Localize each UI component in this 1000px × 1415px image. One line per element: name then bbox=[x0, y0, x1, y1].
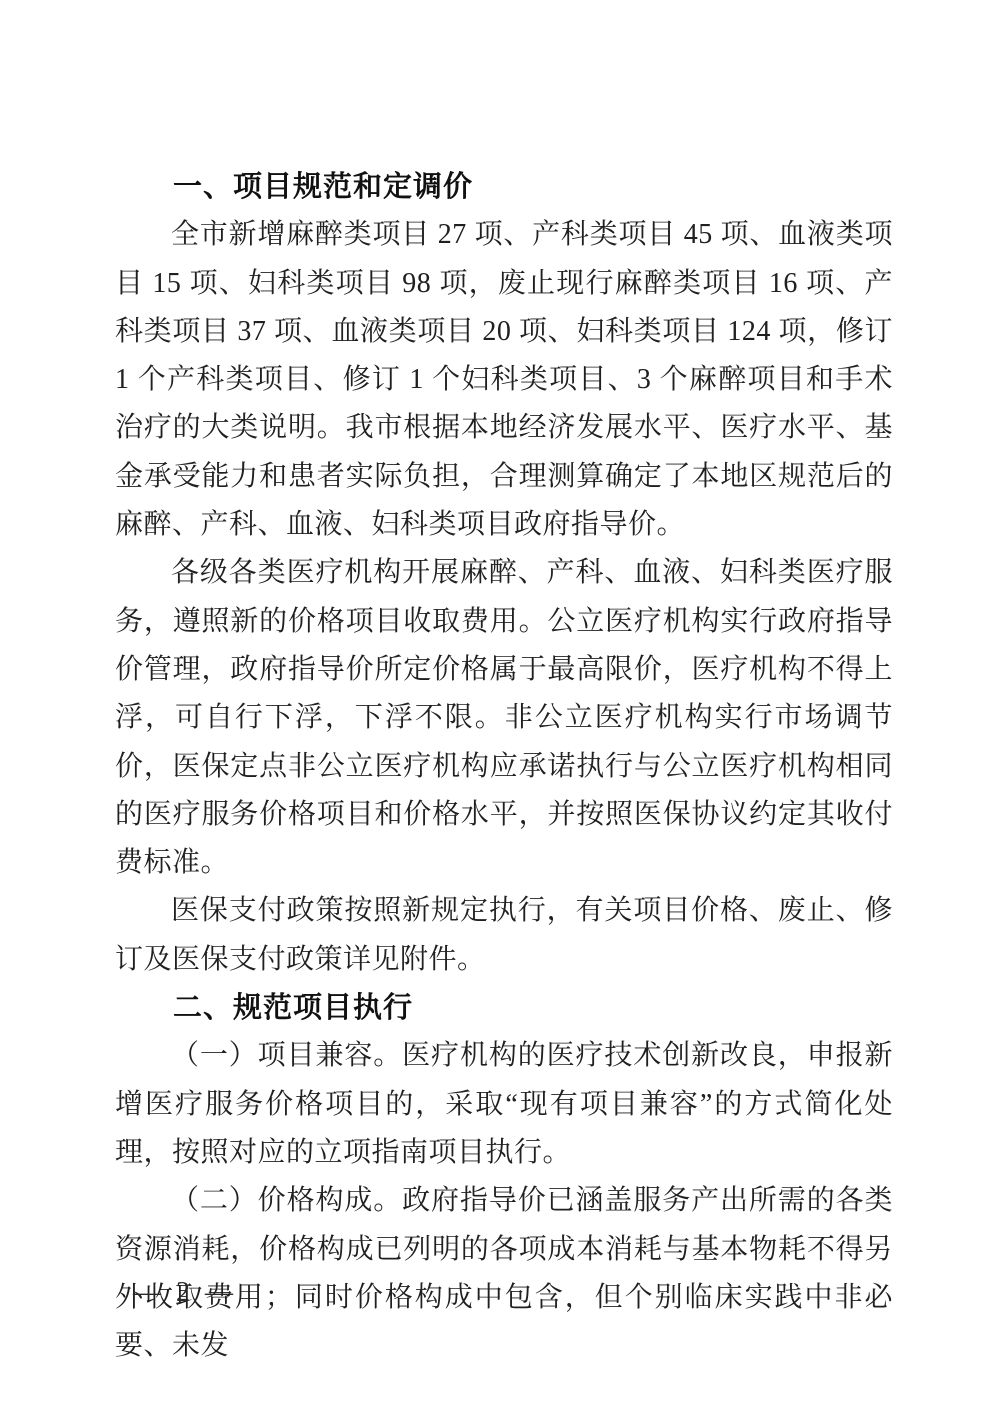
paragraph-new-items: 全市新增麻醉类项目 27 项、产科类项目 45 项、血液类项目 15 项、妇科类… bbox=[115, 211, 893, 549]
paragraph-medical-insurance-policy: 医保支付政策按照新规定执行，有关项目价格、废止、修订及医保支付政策详见附件。 bbox=[115, 887, 893, 984]
section-heading-1: 一、项目规范和定调价 bbox=[115, 163, 893, 211]
section-heading-2: 二、规范项目执行 bbox=[115, 984, 893, 1032]
paragraph-price-composition: （二）价格构成。政府指导价已涵盖服务产出所需的各类资源消耗，价格构成已列明的各项… bbox=[115, 1177, 893, 1370]
document-page: 一、项目规范和定调价 全市新增麻醉类项目 27 项、产科类项目 45 项、血液类… bbox=[0, 0, 1000, 1415]
paragraph-item-compatibility: （一）项目兼容。医疗机构的医疗技术创新改良，申报新增医疗服务价格项目的，采取“现… bbox=[115, 1032, 893, 1177]
paragraph-pricing-rules: 各级各类医疗机构开展麻醉、产科、血液、妇科类医疗服务，遵照新的价格项目收取费用。… bbox=[115, 549, 893, 887]
document-body: 一、项目规范和定调价 全市新增麻醉类项目 27 项、产科类项目 45 项、血液类… bbox=[115, 163, 893, 1370]
page-number: — 2 — bbox=[133, 1276, 237, 1310]
